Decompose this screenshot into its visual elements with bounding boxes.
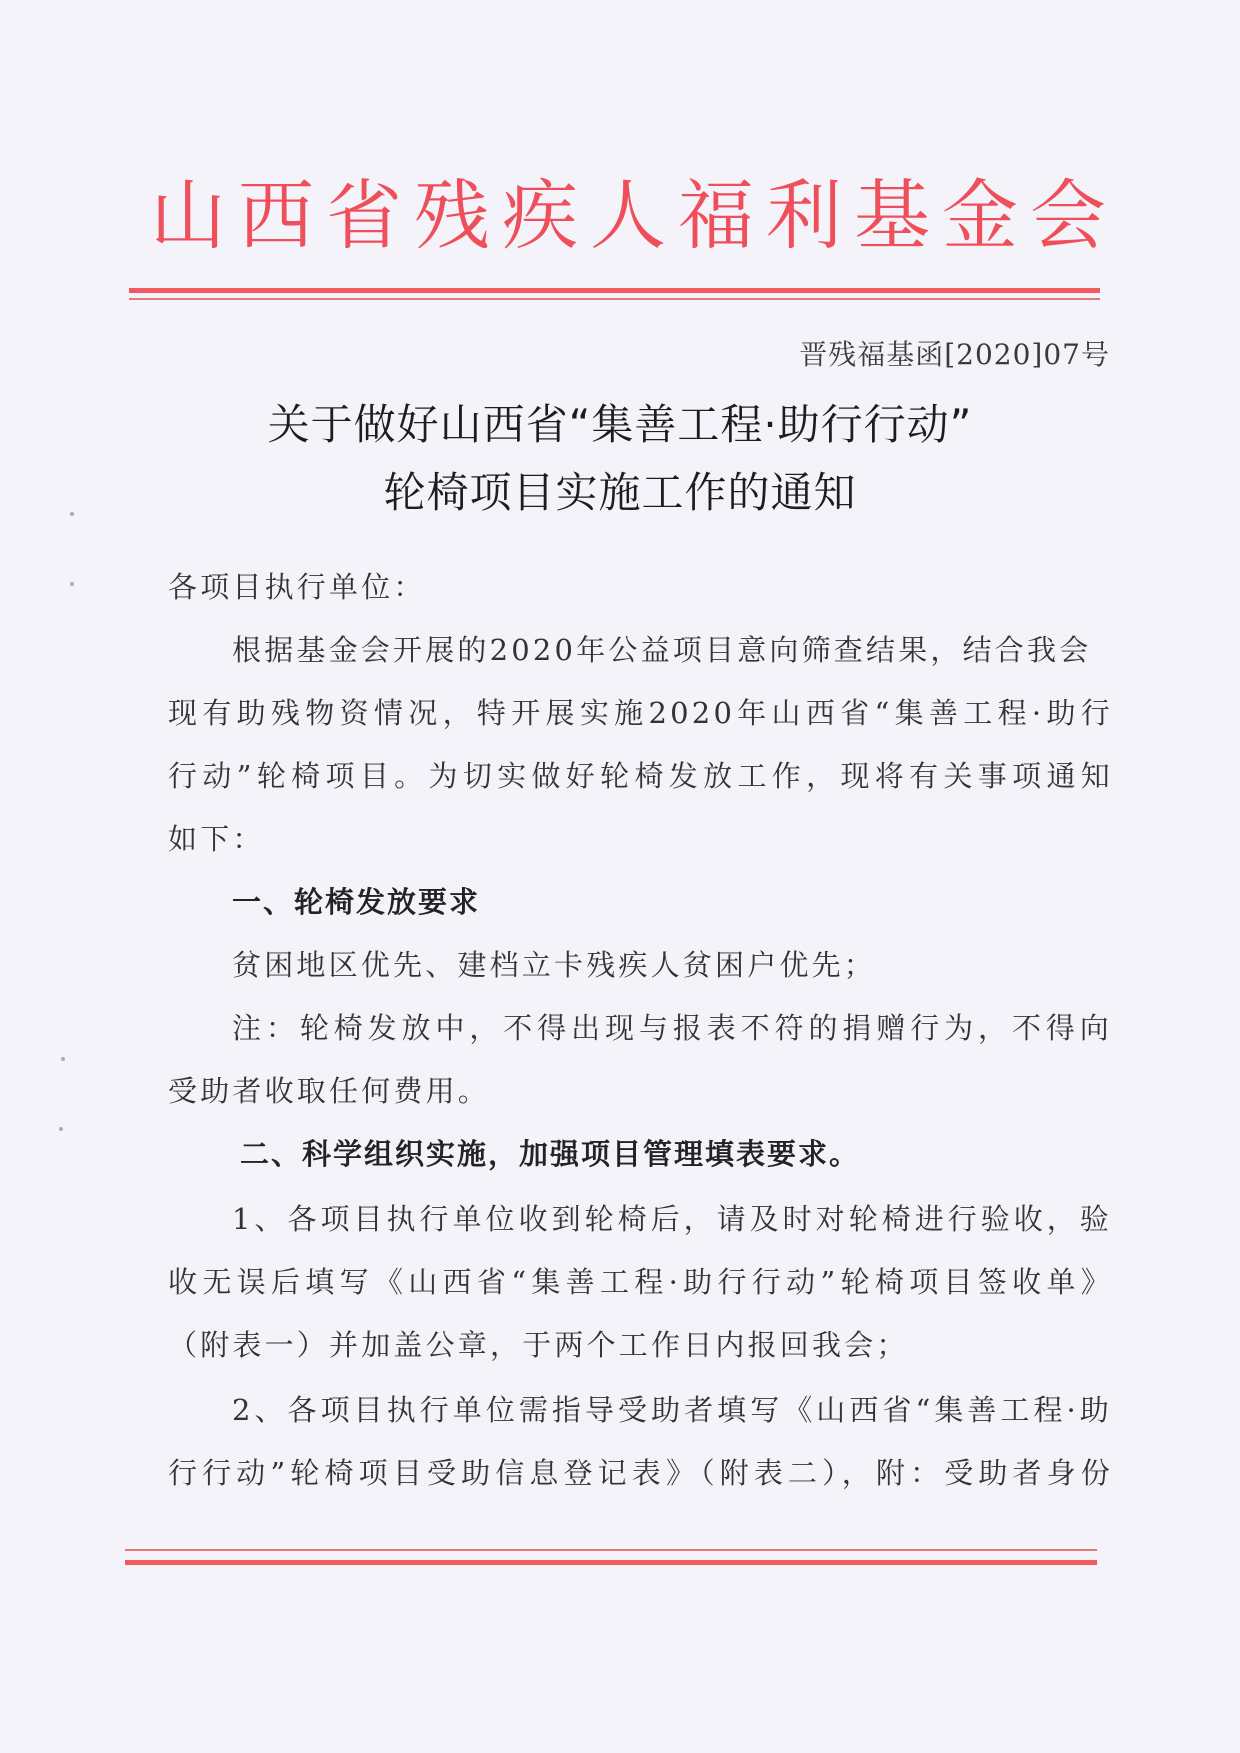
section-2-item-1-line: 1、各项目执行单位收到轮椅后，请及时对轮椅进行验收，验 bbox=[232, 1197, 1112, 1238]
binding-mark bbox=[61, 1057, 65, 1061]
intro-line: 现有助残物资情况，特开展实施2020年山西省“集善工程·助行 bbox=[168, 691, 1113, 732]
salutation: 各项目执行单位： bbox=[168, 565, 1113, 606]
section-1-line: 注：轮椅发放中，不得出现与报表不符的捐赠行为，不得向 bbox=[232, 1006, 1112, 1047]
document-title-line-1: 关于做好山西省“集善工程·助行行动” bbox=[130, 392, 1110, 452]
section-2-item-2-line: 行行动”轮椅项目受助信息登记表》（附表二），附：受助者身份 bbox=[168, 1451, 1113, 1492]
footer-rule-thin bbox=[125, 1549, 1097, 1551]
section-2-item-1-line: 收无误后填写《山西省“集善工程·助行行动”轮椅项目签收单》 bbox=[168, 1260, 1113, 1301]
document-page: 山西省残疾人福利基金会 晋残福基函[2020]07号 关于做好山西省“集善工程·… bbox=[0, 0, 1240, 1753]
section-1-heading: 一、轮椅发放要求 bbox=[232, 880, 1177, 921]
intro-line: 根据基金会开展的2020年公益项目意向筛查结果，结合我会 bbox=[232, 628, 1112, 669]
document-title-line-2: 轮椅项目实施工作的通知 bbox=[130, 460, 1110, 520]
intro-line: 行动”轮椅项目。为切实做好轮椅发放工作，现将有关事项通知 bbox=[168, 754, 1113, 795]
section-2-item-1-line: （附表一）并加盖公章，于两个工作日内报回我会； bbox=[168, 1323, 1113, 1364]
footer-rule-thick bbox=[125, 1560, 1097, 1565]
section-2-heading: 二、科学组织实施，加强项目管理填表要求。 bbox=[240, 1132, 1185, 1173]
binding-mark bbox=[59, 1127, 63, 1131]
section-1-line: 受助者收取任何费用。 bbox=[168, 1069, 1113, 1110]
binding-mark bbox=[70, 582, 74, 586]
binding-mark bbox=[70, 512, 74, 516]
header-rule-thin bbox=[129, 298, 1100, 300]
organization-header: 山西省残疾人福利基金会 bbox=[150, 168, 1090, 264]
header-rule-thick bbox=[129, 288, 1100, 293]
document-number: 晋残福基函[2020]07号 bbox=[799, 333, 1110, 373]
intro-line: 如下： bbox=[168, 817, 1113, 858]
section-2-item-2-line: 2、各项目执行单位需指导受助者填写《山西省“集善工程·助 bbox=[232, 1388, 1112, 1429]
section-1-line: 贫困地区优先、建档立卡残疾人贫困户优先； bbox=[232, 943, 1177, 984]
